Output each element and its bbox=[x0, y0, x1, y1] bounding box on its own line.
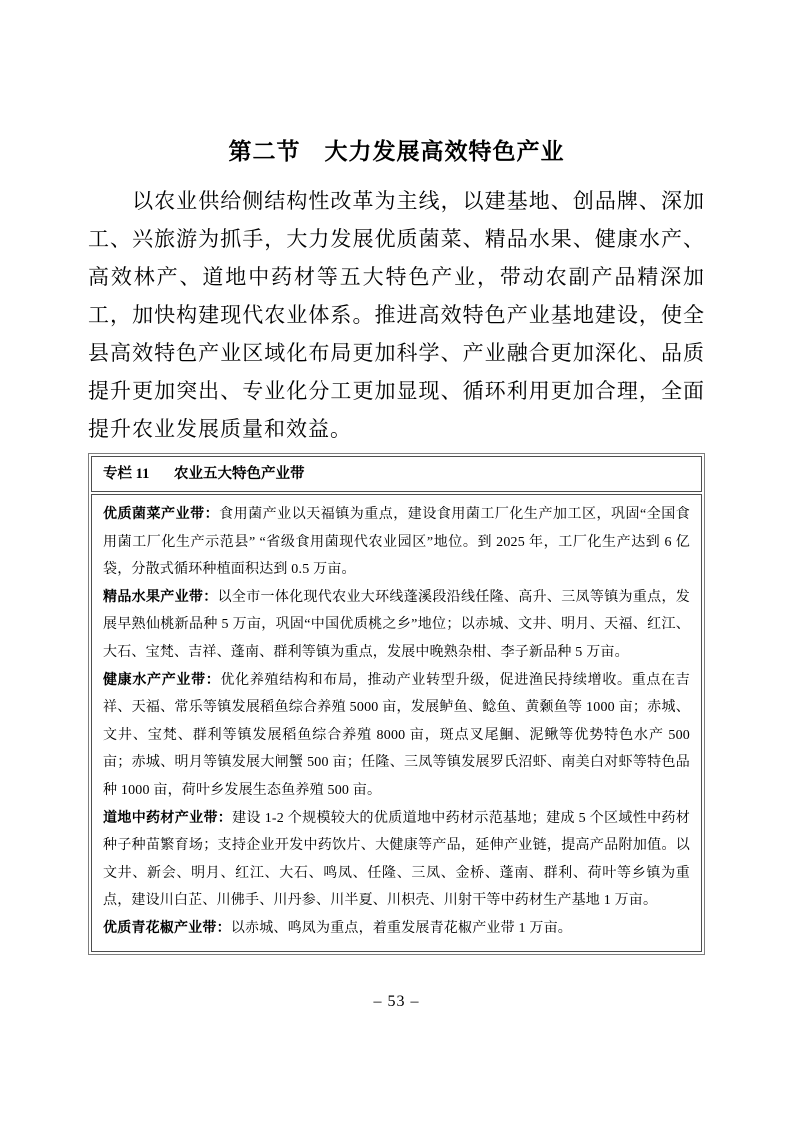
column-box-header: 专栏 11 农业五大特色产业带 bbox=[91, 456, 702, 492]
intro-paragraph: 以农业供给侧结构性改革为主线，以建基地、创品牌、深加工、兴旅游为抓手，大力发展优… bbox=[88, 182, 705, 448]
industry-belt-paragraph-aquatic: 健康水产产业带：优化养殖结构和布局，推动产业转型升级，促进渔民持续增收。重点在吉… bbox=[103, 667, 690, 805]
industry-belt-label: 优质菌菜产业带： bbox=[103, 507, 219, 522]
industry-belt-paragraph-mushroom: 优质菌菜产业带：食用菌产业以天福镇为重点，建设食用菌工厂化生产加工区，巩固“全国… bbox=[103, 501, 690, 584]
column-box: 专栏 11 农业五大特色产业带 优质菌菜产业带：食用菌产业以天福镇为重点，建设食… bbox=[88, 453, 705, 955]
industry-belt-text: 以赤城、鸣凤为重点，着重发展青花椒产业带 1 万亩。 bbox=[231, 921, 572, 936]
industry-belt-label: 健康水产产业带： bbox=[103, 673, 221, 688]
industry-belt-paragraph-herbs: 道地中药材产业带：建设 1-2 个规模较大的优质道地中药材示范基地；建成 5 个… bbox=[103, 805, 690, 915]
industry-belt-label: 道地中药材产业带： bbox=[103, 811, 232, 826]
document-page: 第二节 大力发展高效特色产业 以农业供给侧结构性改革为主线，以建基地、创品牌、深… bbox=[0, 0, 793, 1122]
section-title: 第二节 大力发展高效特色产业 bbox=[88, 136, 705, 168]
industry-belt-text: 优化养殖结构和布局，推动产业转型升级，促进渔民持续增收。重点在吉祥、天福、常乐等… bbox=[103, 673, 690, 798]
industry-belt-paragraph-fruit: 精品水果产业带：以全市一体化现代农业大环线蓬溪段沿线任隆、高升、三凤等镇为重点，… bbox=[103, 584, 690, 667]
industry-belt-label: 优质青花椒产业带： bbox=[103, 921, 231, 936]
industry-belt-paragraph-pepper: 优质青花椒产业带：以赤城、鸣凤为重点，着重发展青花椒产业带 1 万亩。 bbox=[103, 915, 690, 943]
industry-belt-label: 精品水果产业带： bbox=[103, 590, 218, 605]
page-number: – 53 – bbox=[88, 993, 705, 1011]
column-box-body: 优质菌菜产业带：食用菌产业以天福镇为重点，建设食用菌工厂化生产加工区，巩固“全国… bbox=[91, 494, 702, 952]
column-box-number: 专栏 11 bbox=[103, 466, 149, 482]
column-box-title: 农业五大特色产业带 bbox=[174, 466, 305, 482]
